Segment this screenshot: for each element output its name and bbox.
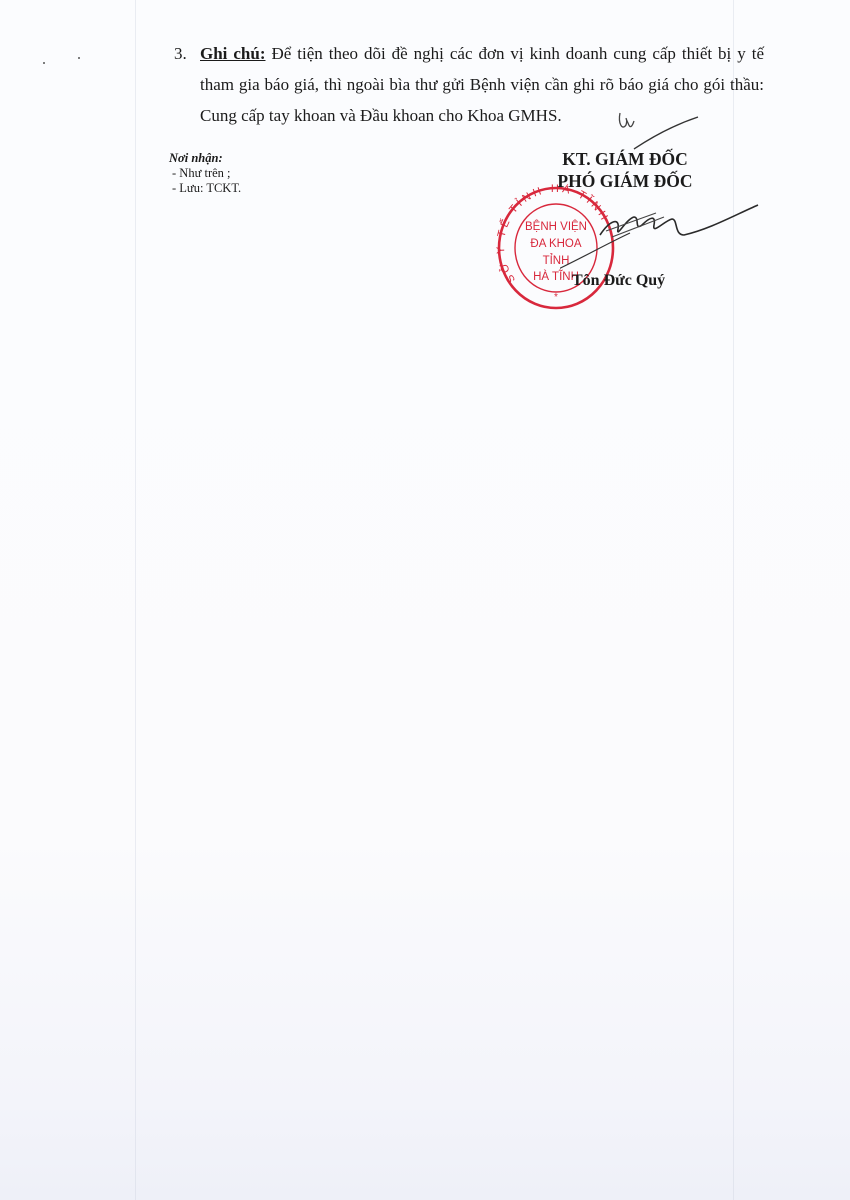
scan-speck bbox=[78, 57, 80, 59]
signature-line-1: KT. GIÁM ĐỐC bbox=[540, 148, 710, 170]
scan-edge-left bbox=[135, 0, 136, 1200]
signature-title-block: KT. GIÁM ĐỐC PHÓ GIÁM ĐỐC bbox=[540, 148, 710, 192]
recipients-section: Nơi nhận: - Như trên ; - Lưu: TCKT. bbox=[169, 151, 241, 196]
recipients-title: Nơi nhận: bbox=[169, 151, 241, 166]
recipient-item: - Như trên ; bbox=[169, 166, 241, 181]
note-label: Ghi chú: bbox=[200, 44, 266, 63]
stamp-star: * bbox=[554, 292, 558, 303]
scan-edge-right bbox=[733, 0, 734, 1200]
recipient-item: - Lưu: TCKT. bbox=[169, 181, 241, 196]
signature-line-2: PHÓ GIÁM ĐỐC bbox=[540, 170, 710, 192]
note-number: 3. bbox=[174, 38, 187, 69]
scan-speck bbox=[43, 62, 45, 64]
signer-name: Tôn Đức Quý bbox=[572, 272, 665, 290]
